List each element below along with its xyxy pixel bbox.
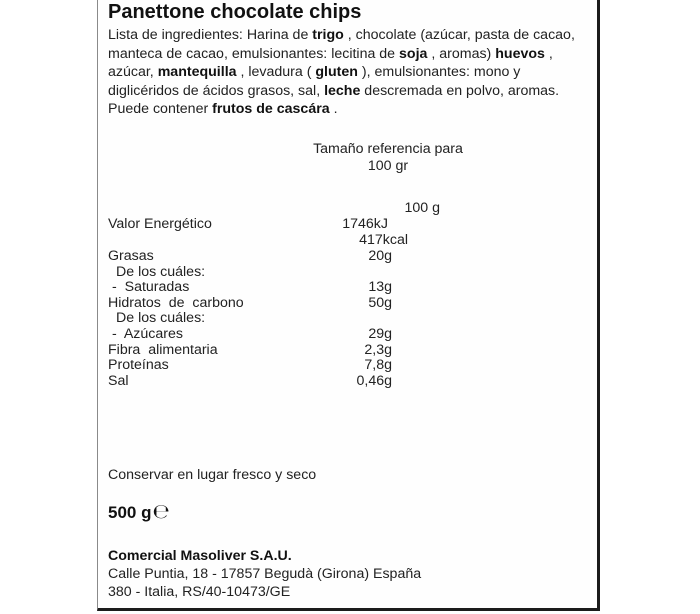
reference-line-2: 100 gr [288, 158, 488, 175]
ingredients-list: Lista de ingredientes: Harina de trigo ,… [108, 26, 588, 119]
energy-kcal: 417kcal [288, 232, 408, 248]
ingredient-text: Lista de ingredientes: Harina de [108, 27, 312, 43]
nutrition-row-label: Hidratos de carbono [108, 295, 244, 311]
reference-line-1: Tamaño referencia para [288, 141, 488, 158]
nutrition-row-label: De los cuáles: [116, 264, 205, 280]
nutrition-row-value: 13g [288, 279, 392, 295]
nutrition-row-value: 2,3g [288, 342, 392, 358]
nutrition-row-value: 29g [288, 326, 392, 342]
reference-size-header: Tamaño referencia para 100 gr [288, 141, 488, 175]
ingredient-text: , aromas) [427, 46, 495, 62]
allergen: trigo [312, 27, 344, 43]
allergen: mantequilla [158, 64, 237, 80]
net-weight: 500 g℮ [108, 499, 170, 523]
nutrition-row-value: 50g [288, 295, 392, 311]
net-weight-value: 500 g [108, 503, 151, 522]
nutrition-row-label: De los cuáles: [116, 310, 205, 326]
nutrition-row-label: Sal [108, 373, 129, 389]
nutrition-row-label: - Azúcares [112, 326, 183, 342]
company-address-2: 380 - Italia, RS/40-10473/GE [108, 584, 290, 600]
allergen: huevos [495, 46, 545, 62]
nutrition-row-value: 0,46g [288, 373, 392, 389]
allergen: soja [399, 46, 427, 62]
nutrition-row-value: 20g [288, 248, 392, 264]
storage-instructions: Conservar en lugar fresco y seco [108, 467, 316, 483]
allergen: gluten [315, 64, 358, 80]
energy-label: Valor Energético [108, 216, 212, 232]
nutrition-row-label: Fibra alimentaria [108, 342, 218, 358]
nutrition-row-label: - Saturadas [112, 279, 189, 295]
allergen: leche [324, 83, 360, 99]
product-title: Panettone chocolate chips [108, 1, 361, 24]
product-label: Panettone chocolate chips Lista de ingre… [97, 0, 600, 611]
column-header-100g: 100 g [368, 200, 440, 216]
energy-kj: 1746kJ [268, 216, 388, 232]
ingredient-text: , levadura ( [237, 64, 316, 80]
nutrition-row-label: Grasas [108, 248, 154, 264]
ingredient-text: . [330, 101, 338, 117]
company-name: Comercial Masoliver S.A.U. [108, 548, 292, 564]
company-address-1: Calle Puntia, 18 - 17857 Begudà (Girona)… [108, 566, 421, 582]
nutrition-row-label: Proteínas [108, 357, 169, 373]
nutrition-row-value: 7,8g [288, 357, 392, 373]
estimated-sign-icon: ℮ [152, 499, 169, 523]
allergen: frutos de cascára [212, 101, 330, 117]
